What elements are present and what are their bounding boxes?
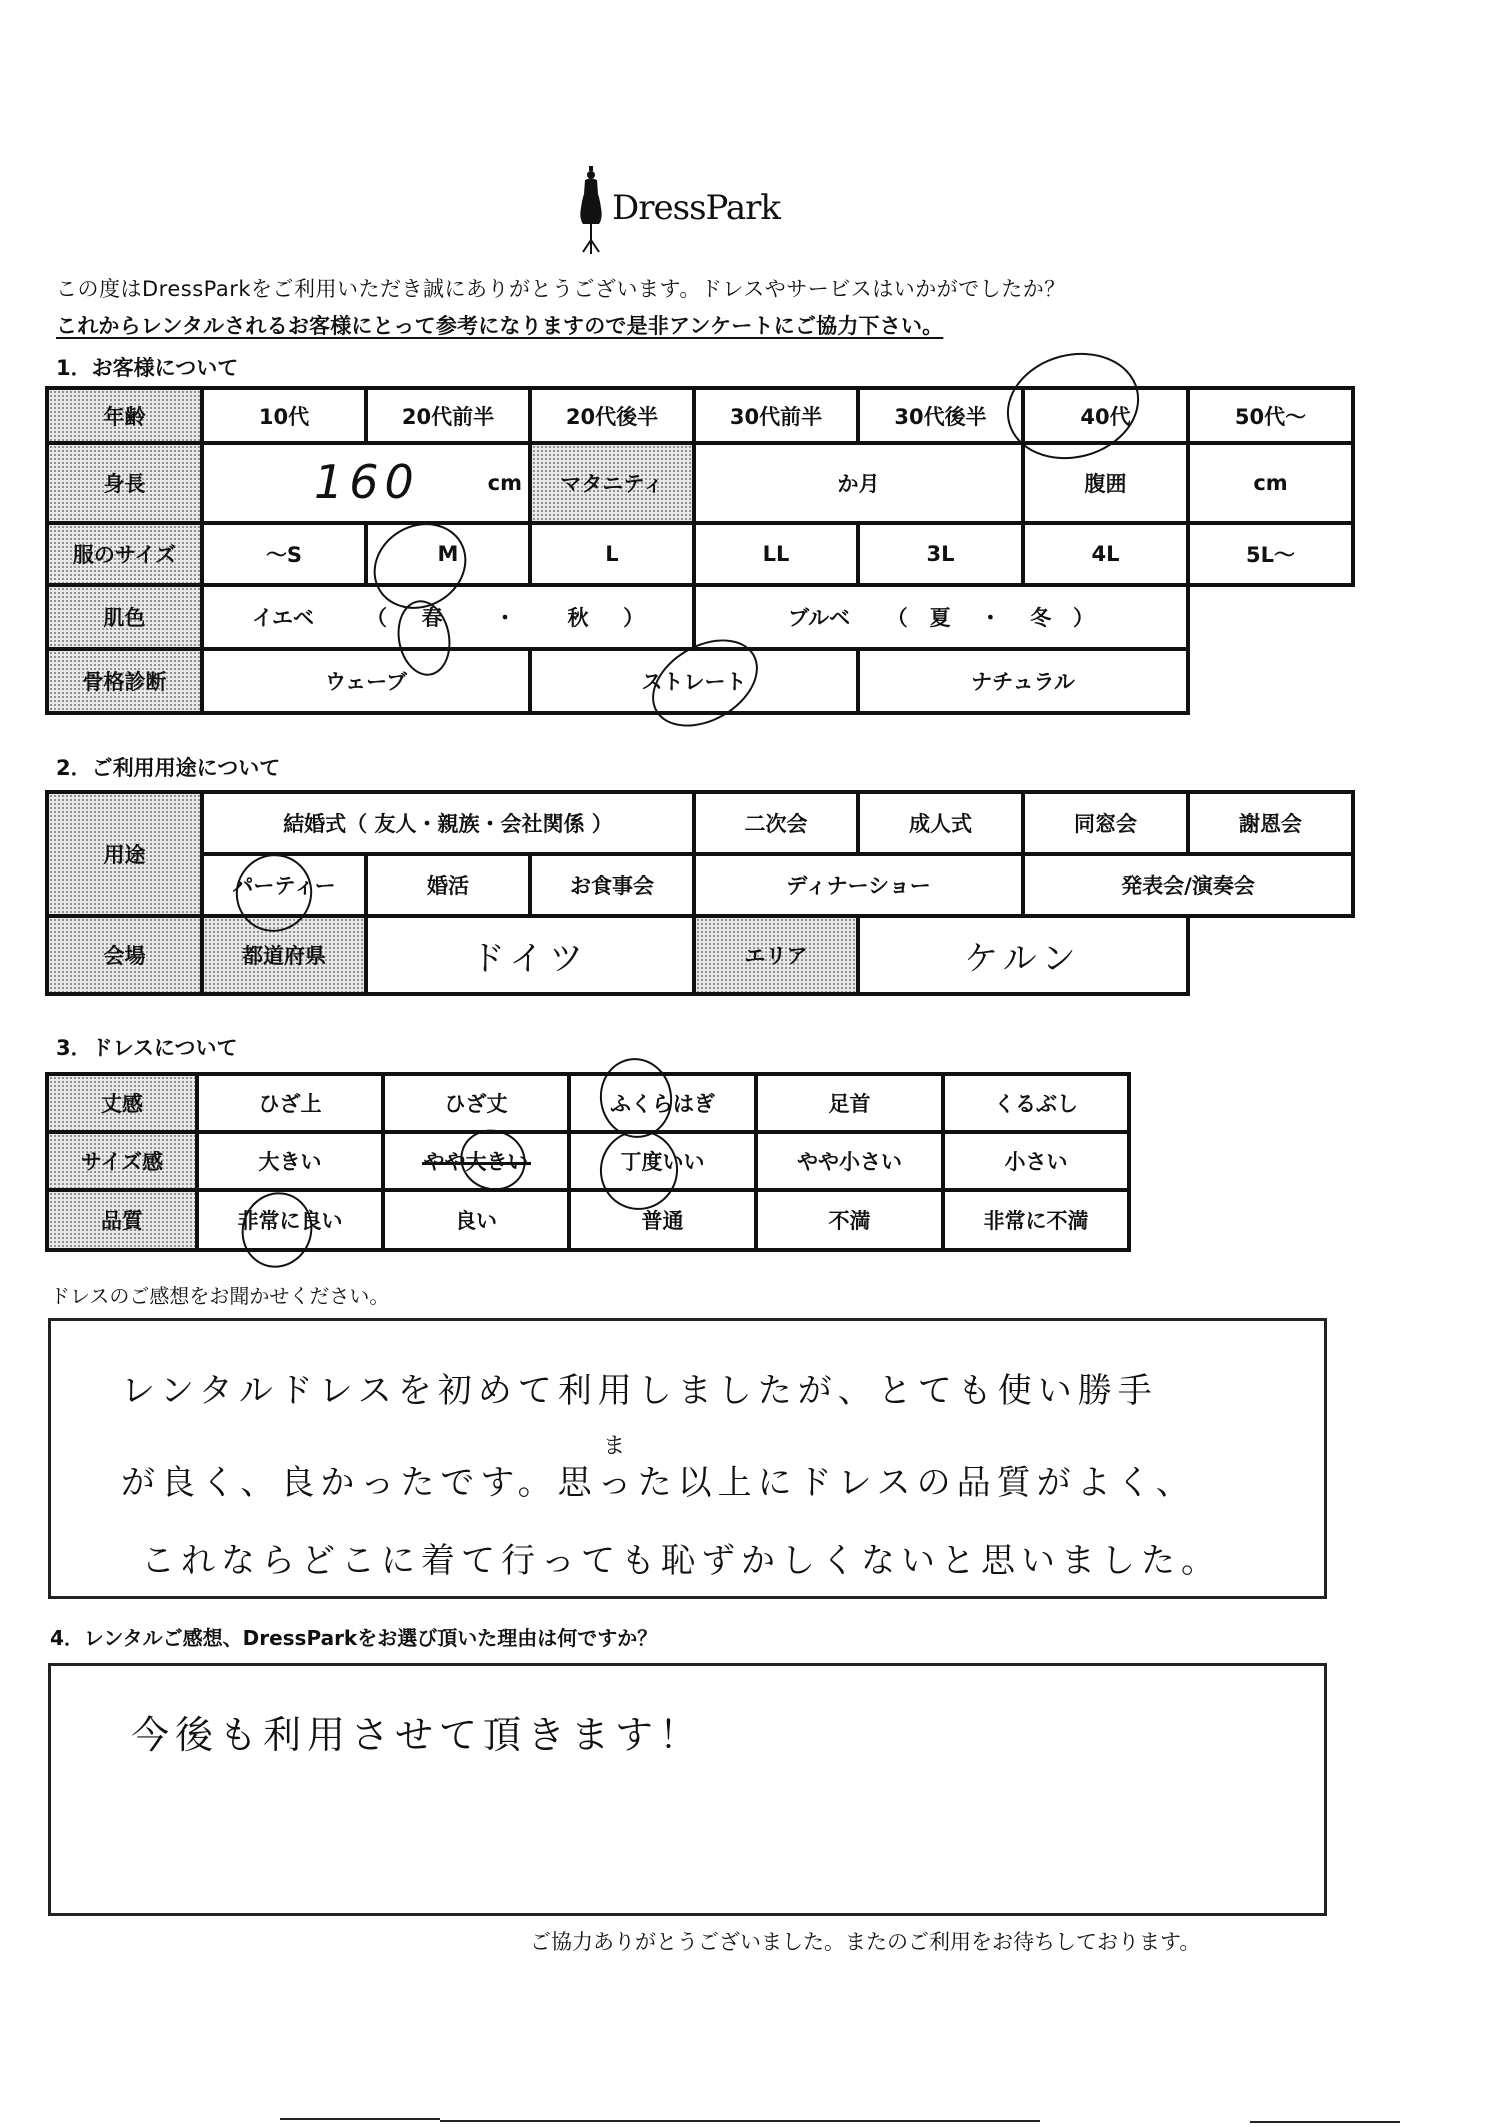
quality-option[interactable]: 非常に不満	[943, 1190, 1129, 1250]
fit-option-struck[interactable]: やや大きい	[383, 1132, 569, 1190]
waist-label: 腹囲	[1023, 443, 1188, 523]
impression-prompt: ドレスのご感想をお聞かせください。	[50, 1280, 389, 1309]
length-option[interactable]: くるぶし	[943, 1074, 1129, 1132]
length-option-selected[interactable]: ふくらはぎ	[569, 1074, 756, 1132]
prefecture-label: 都道府県	[202, 916, 366, 994]
age-option[interactable]: 10代	[202, 388, 366, 443]
skin-label: 肌色	[47, 585, 202, 649]
quality-option-selected[interactable]: 非常に良い	[197, 1190, 383, 1250]
length-option[interactable]: 足首	[756, 1074, 943, 1132]
size-option[interactable]: 4L	[1023, 523, 1188, 585]
reason-comment-box[interactable]: 今後も利用させて頂きます！	[48, 1663, 1327, 1916]
venue-label: 会場	[47, 916, 202, 994]
maternity-label: マタニティ	[530, 443, 694, 523]
height-field[interactable]: 160 cm	[202, 443, 530, 523]
purpose-option[interactable]: 婚活	[366, 854, 530, 916]
dress-rating-table: 丈感 ひざ上 ひざ丈 ふくらはぎ 足首 くるぶし サイズ感 大きい やや大きい …	[45, 1072, 1131, 1252]
quality-label: 品質	[47, 1190, 197, 1250]
paren-open: （	[366, 606, 387, 630]
paren-open: （	[887, 606, 908, 630]
height-unit: cm	[488, 471, 522, 495]
struck-text: やや大きい	[424, 1150, 529, 1174]
empty-cell	[1188, 916, 1353, 994]
section1-title: 1．お客様について	[56, 352, 238, 382]
age-option[interactable]: 20代後半	[530, 388, 694, 443]
height-label: 身長	[47, 443, 202, 523]
skin-autumn-option[interactable]: 秋	[567, 606, 588, 630]
fit-option[interactable]: 大きい	[197, 1132, 383, 1190]
waist-field[interactable]: cm	[1188, 443, 1353, 523]
scan-artifact-line	[1250, 2121, 1400, 2123]
impression-line: レンタルドレスを初めて利用しましたが、とても使い勝手	[121, 1363, 1158, 1412]
fit-option[interactable]: やや小さい	[756, 1132, 943, 1190]
scan-artifact-line	[440, 2120, 1040, 2122]
empty-cell	[1188, 585, 1353, 649]
skin-yellow-base-option[interactable]: イエベ （ 春 ・ 秋 ）	[202, 585, 694, 649]
prefecture-value: ドイツ	[471, 939, 589, 979]
brand-logo-text: DressPark	[612, 188, 780, 228]
area-label: エリア	[694, 916, 858, 994]
fit-label: サイズ感	[47, 1132, 197, 1190]
age-option-selected[interactable]: 40代	[1023, 388, 1188, 443]
skin-blue-base-option[interactable]: ブルベ （ 夏 ・ 冬 ）	[694, 585, 1188, 649]
section2-title: 2．ご利用用途について	[56, 752, 280, 782]
frame-option[interactable]: ナチュラル	[858, 649, 1188, 713]
intro-text: この度はDressParkをご利用いただき誠にありがとうございます。ドレスやサー…	[56, 273, 1066, 303]
purpose-option[interactable]: 発表会/演奏会	[1023, 854, 1353, 916]
purpose-option[interactable]: 結婚式（ 友人・親族・会社関係 ）	[202, 792, 694, 854]
mannequin-logo-icon	[578, 166, 604, 256]
age-option[interactable]: 20代前半	[366, 388, 530, 443]
skin-winter-option[interactable]: 冬	[1030, 606, 1051, 630]
empty-cell	[1188, 649, 1353, 713]
size-option[interactable]: ～S	[202, 523, 366, 585]
blue-base-text: ブルベ	[788, 606, 850, 630]
frame-option-selected[interactable]: ストレート	[530, 649, 858, 713]
customer-info-table: 年齢 10代 20代前半 20代後半 30代前半 30代後半 40代 50代～ …	[45, 386, 1355, 715]
reason-answer: 今後も利用させて頂きます！	[131, 1704, 703, 1759]
purpose-option[interactable]: 同窓会	[1023, 792, 1188, 854]
impression-line: が良く、良かったです。思った以上にドレスの品質がよく、	[121, 1455, 1196, 1504]
quality-option[interactable]: 普通	[569, 1190, 756, 1250]
purpose-option-selected[interactable]: パーティー	[202, 854, 366, 916]
waist-unit: cm	[1253, 471, 1287, 495]
area-field[interactable]: ケルン	[858, 916, 1188, 994]
size-option-selected[interactable]: M	[366, 523, 530, 585]
paren-close: ）	[1073, 606, 1094, 630]
length-option[interactable]: ひざ上	[197, 1074, 383, 1132]
fit-option-selected[interactable]: 丁度いい	[569, 1132, 756, 1190]
purpose-option[interactable]: 謝恩会	[1188, 792, 1353, 854]
impression-line: これならどこに着て行っても恥ずかしくないと思いました。	[141, 1533, 1221, 1582]
size-option[interactable]: LL	[694, 523, 858, 585]
scan-artifact-line	[280, 2118, 440, 2120]
maternity-months-field[interactable]: か月	[694, 443, 1023, 523]
skin-spring-option[interactable]: 春	[422, 606, 443, 630]
paren-close: ）	[623, 606, 644, 630]
size-option[interactable]: 5L～	[1188, 523, 1353, 585]
height-value: 160	[314, 455, 420, 509]
skin-summer-option[interactable]: 夏	[930, 606, 951, 630]
yellow-base-text: イエベ	[252, 606, 314, 630]
size-label: 服のサイズ	[47, 523, 202, 585]
frame-option[interactable]: ウェーブ	[202, 649, 530, 713]
age-option[interactable]: 50代～	[1188, 388, 1353, 443]
fit-option[interactable]: 小さい	[943, 1132, 1129, 1190]
separator: ・	[495, 606, 516, 630]
purpose-option[interactable]: 二次会	[694, 792, 858, 854]
prefecture-field[interactable]: ドイツ	[366, 916, 694, 994]
purpose-option[interactable]: お食事会	[530, 854, 694, 916]
purpose-label: 用途	[47, 792, 202, 916]
footer-thanks: ご協力ありがとうございました。またのご利用をお待ちしております。	[530, 1926, 1200, 1956]
size-option[interactable]: L	[530, 523, 694, 585]
months-unit: か月	[838, 472, 880, 496]
section4-title: 4．レンタルご感想、DressParkをお選び頂いた理由は何ですか？	[50, 1622, 657, 1651]
separator: ・	[980, 606, 1001, 630]
intro-request-text: これからレンタルされるお客様にとって参考になりますので是非アンケートにご協力下さ…	[56, 310, 943, 340]
age-option[interactable]: 30代後半	[858, 388, 1023, 443]
age-label: 年齢	[47, 388, 202, 443]
purpose-option[interactable]: ディナーショー	[694, 854, 1023, 916]
quality-option[interactable]: 不満	[756, 1190, 943, 1250]
usage-table: 用途 結婚式（ 友人・親族・会社関係 ） 二次会 成人式 同窓会 謝恩会 パーテ…	[45, 790, 1355, 996]
section3-title: 3．ドレスについて	[56, 1032, 238, 1062]
area-value: ケルン	[964, 939, 1081, 979]
quality-option[interactable]: 良い	[383, 1190, 569, 1250]
length-label: 丈感	[47, 1074, 197, 1132]
frame-label: 骨格診断	[47, 649, 202, 713]
size-option[interactable]: 3L	[858, 523, 1023, 585]
age-option[interactable]: 30代前半	[694, 388, 858, 443]
purpose-option[interactable]: 成人式	[858, 792, 1023, 854]
impression-comment-box[interactable]: レンタルドレスを初めて利用しましたが、とても使い勝手 ま が良く、良かったです。…	[48, 1318, 1327, 1599]
length-option[interactable]: ひざ丈	[383, 1074, 569, 1132]
